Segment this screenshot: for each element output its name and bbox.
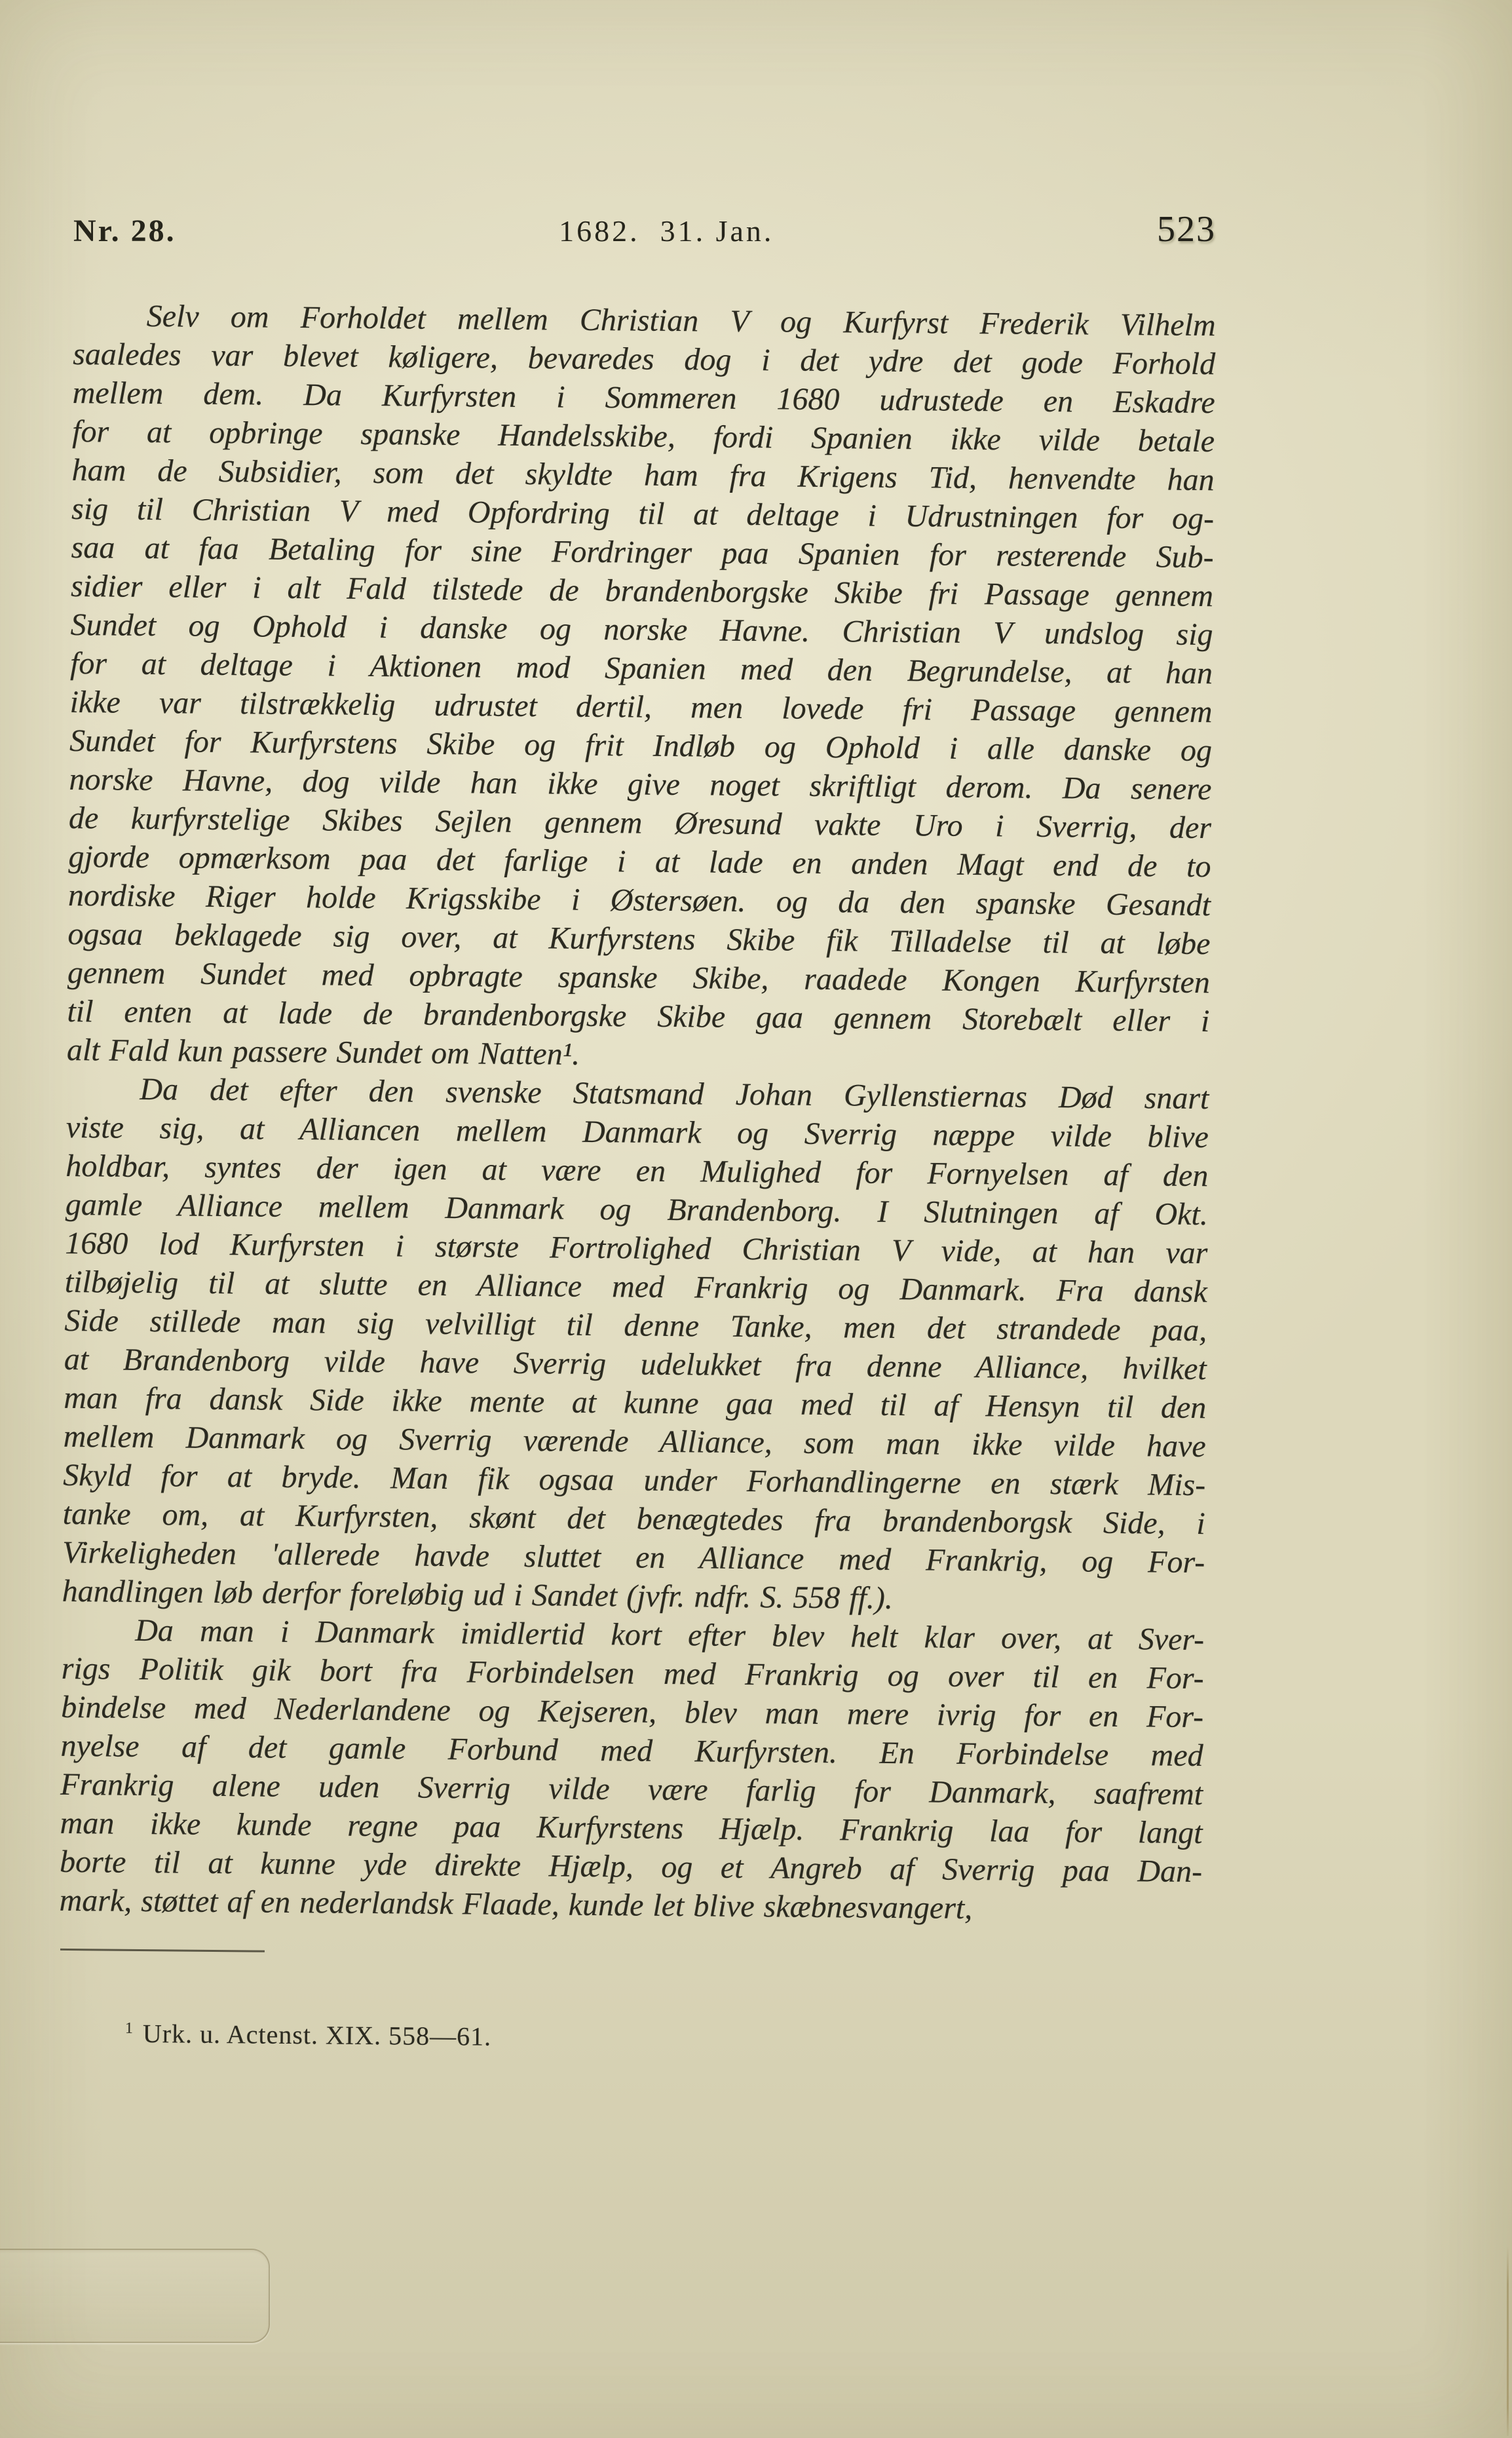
- scan-artifact-page-edge: [1507, 2246, 1509, 2436]
- page-number: 523: [1157, 208, 1216, 250]
- paragraph: Selv om Forholdet mellem Christian V og …: [67, 296, 1216, 1079]
- paragraph: Da det efter den svenske Statsmand Johan…: [62, 1069, 1209, 1620]
- document-number: Nr. 28.: [73, 213, 176, 249]
- body-text: Selv om Forholdet mellem Christian V og …: [59, 296, 1216, 1930]
- running-head-date: 1682. 31. Jan.: [559, 214, 774, 248]
- book-page: Nr. 28. 1682. 31. Jan. 523 Selv om Forho…: [0, 0, 1512, 2438]
- paragraph: Da man i Danmark imidlertid kort efter b…: [59, 1610, 1204, 1930]
- scan-artifact-emboss-strip: [0, 2249, 270, 2343]
- page-content: Selv om Forholdet mellem Christian V og …: [58, 296, 1216, 2058]
- footnote-separator: [60, 1949, 265, 1952]
- footnote-marker: 1: [125, 2019, 134, 2036]
- footnote-text: Urk. u. Actenst. XIX. 558—61.: [143, 2019, 492, 2051]
- footnote: 1Urk. u. Actenst. XIX. 558—61.: [125, 2018, 1201, 2058]
- running-head: Nr. 28. 1682. 31. Jan. 523: [73, 208, 1216, 250]
